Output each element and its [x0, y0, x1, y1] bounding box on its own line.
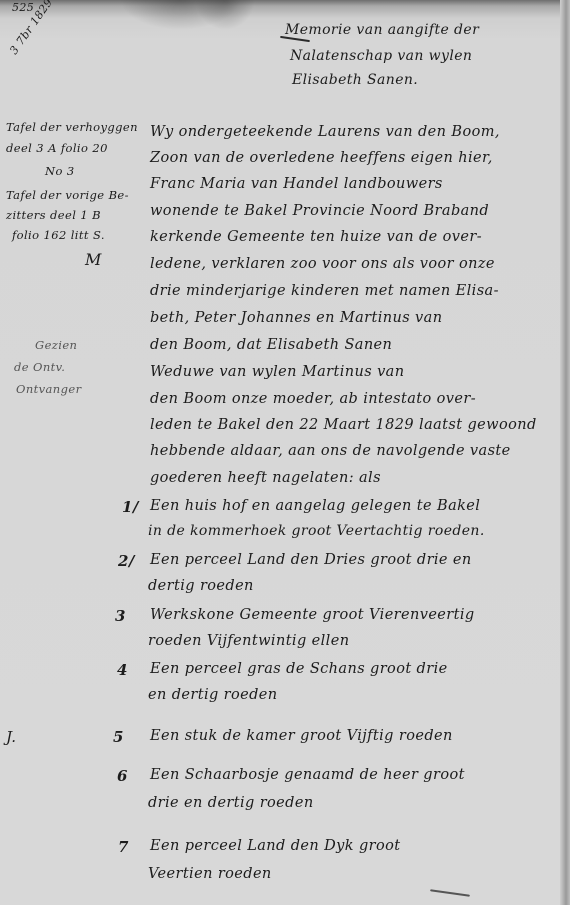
item-number: 3: [115, 607, 126, 625]
title-line-3: Elisabeth Sanen.: [292, 72, 418, 88]
item-number: 1/: [122, 498, 139, 516]
item-number: 2/: [118, 552, 135, 570]
margin-note: No 3: [45, 164, 75, 178]
item-line: Veertien roeden: [148, 866, 272, 882]
archive-number: 525: [12, 2, 34, 14]
item-line: Een perceel Land den Dyk groot: [150, 838, 400, 854]
document-page: 525 3 7br 1829 Memorie van aangifte der …: [0, 0, 570, 905]
margin-note: deel 3 A folio 20: [6, 141, 108, 155]
body-line: Zoon van de overledene heeffens eigen hi…: [150, 150, 493, 166]
item-line: Een perceel gras de Schans groot drie: [150, 661, 448, 677]
item-line: Een perceel Land den Dries groot drie en: [150, 552, 472, 568]
item-number: 6: [117, 767, 128, 785]
item-line: Een Schaarbosje genaamd de heer groot: [150, 767, 465, 783]
page-edge: [560, 0, 570, 905]
body-line: ledene, verklaren zoo voor ons als voor …: [150, 256, 495, 272]
item-line: Een huis hof en aangelag gelegen te Bake…: [150, 498, 480, 514]
margin-note: de Ontv.: [14, 360, 65, 374]
item-number: 4: [117, 661, 128, 679]
title-line-1: Memorie van aangifte der: [285, 22, 479, 38]
body-line: hebbende aldaar, aan ons de navolgende v…: [150, 443, 511, 459]
body-line: goederen heeft nagelaten: als: [150, 470, 381, 486]
flourish: [430, 889, 470, 897]
margin-note: Tafel der vorige Be-: [6, 188, 129, 202]
margin-note: Gezien: [35, 338, 77, 352]
margin-note: zitters deel 1 B: [6, 208, 101, 222]
margin-note: M: [85, 250, 102, 269]
item-line: in de kommerhoek groot Veertachtig roede…: [148, 523, 485, 539]
margin-note: Tafel der verhoyggen: [6, 120, 138, 134]
item-number: 7: [118, 838, 129, 856]
item-line: Een stuk de kamer groot Vijftig roeden: [150, 728, 453, 744]
item-line: en dertig roeden: [148, 687, 278, 703]
body-line: kerkende Gemeente ten huize van de over-: [150, 229, 482, 245]
body-line: den Boom, dat Elisabeth Sanen: [150, 337, 392, 353]
margin-note: Ontvanger: [16, 382, 81, 396]
item-line: dertig roeden: [148, 578, 254, 594]
body-line: Weduwe van wylen Martinus van: [150, 364, 404, 380]
body-line: wonende te Bakel Provincie Noord Braband: [150, 203, 489, 219]
item-line: Werkskone Gemeente groot Vierenveertig: [150, 607, 475, 623]
body-line: Wy ondergeteekende Laurens van den Boom,: [150, 124, 500, 140]
body-line: Franc Maria van Handel landbouwers: [150, 176, 443, 192]
item-line: roeden Vijfentwintig ellen: [148, 633, 349, 649]
body-line: den Boom onze moeder, ab intestato over-: [150, 391, 476, 407]
scan-shadow: [195, 0, 255, 30]
item-line: drie en dertig roeden: [148, 795, 314, 811]
item-number: 5: [113, 728, 124, 746]
title-line-2: Nalatenschap van wylen: [290, 48, 472, 64]
margin-note: folio 162 litt S.: [12, 228, 105, 242]
body-line: leden te Bakel den 22 Maart 1829 laatst …: [150, 417, 537, 433]
body-line: beth, Peter Johannes en Martinus van: [150, 310, 442, 326]
margin-mark: J.: [6, 728, 16, 746]
archive-reference: 525 3 7br 1829: [8, 2, 34, 14]
body-line: drie minderjarige kinderen met namen Eli…: [150, 283, 499, 299]
